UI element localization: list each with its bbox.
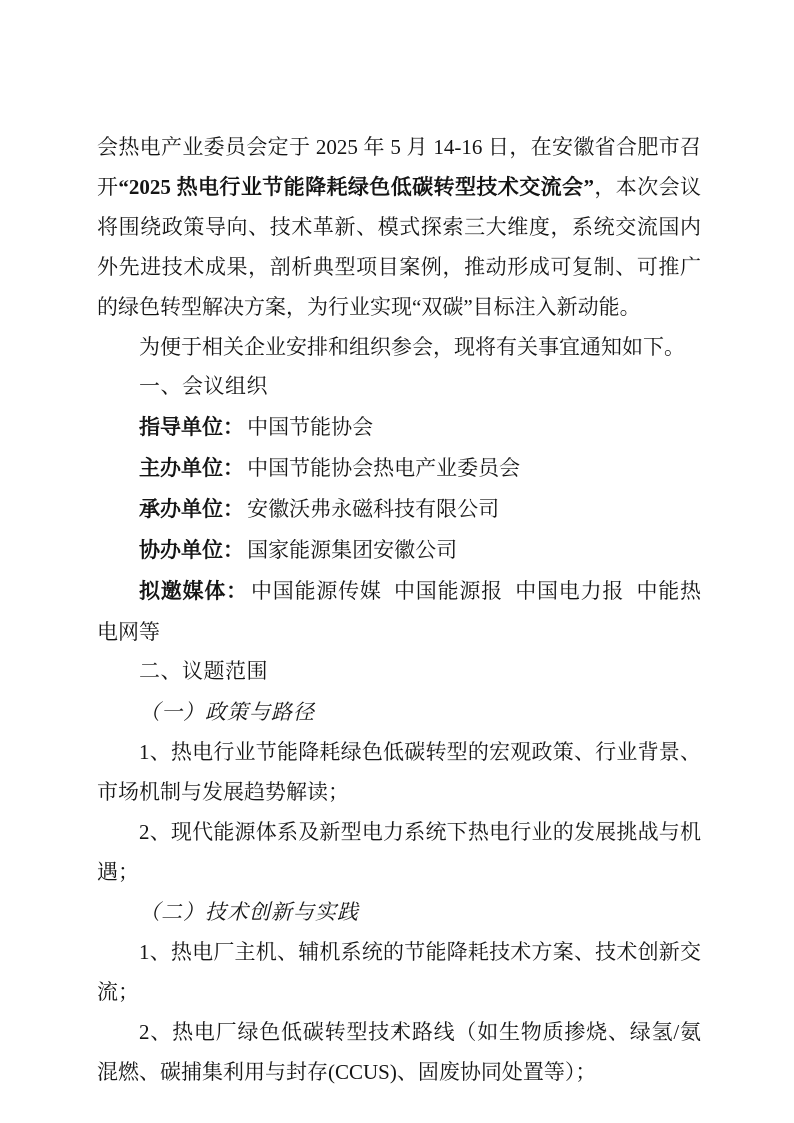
org-value-organizer: 安徽沃弗永磁科技有限公司 [244, 497, 499, 521]
notice-paragraph: 为便于相关企业安排和组织参会，现将有关事宜通知如下。 [97, 327, 701, 367]
document-content: 会热电产业委员会定于 2025 年 5 月 14-16 日，在安徽省合肥市召开“… [97, 127, 701, 1092]
conference-title: “2025 热电行业节能降耗绿色低碳转型技术交流会” [118, 175, 594, 199]
org-item-guidance: 指导单位：中国节能协会 [97, 407, 701, 448]
org-label-organizer: 承办单位： [139, 498, 244, 521]
subsection1-heading: （一）政策与路径 [97, 692, 701, 732]
topic-item-1-2: 2、现代能源体系及新型电力系统下热电行业的发展挑战与机遇； [97, 812, 701, 892]
org-item-media: 拟邀媒体：中国能源传媒 中国能源报 中国电力报 中能热电网等 [97, 571, 701, 652]
org-label-guidance: 指导单位： [139, 416, 244, 439]
intro-paragraph: 会热电产业委员会定于 2025 年 5 月 14-16 日，在安徽省合肥市召开“… [97, 127, 701, 327]
org-item-coorganizer: 协办单位：国家能源集团安徽公司 [97, 530, 701, 571]
org-item-host: 主办单位：中国节能协会热电产业委员会 [97, 448, 701, 489]
org-label-coorganizer: 协办单位： [139, 539, 244, 562]
org-label-host: 主办单位： [139, 457, 244, 480]
section1-heading: 一、会议组织 [97, 367, 701, 407]
section2-heading: 二、议题范围 [97, 652, 701, 692]
org-value-guidance: 中国节能协会 [244, 415, 373, 439]
page-number: 2 [0, 1020, 794, 1040]
org-label-media: 拟邀媒体： [139, 580, 248, 603]
org-item-organizer: 承办单位：安徽沃弗永磁科技有限公司 [97, 489, 701, 530]
subsection2-heading: （二）技术创新与实践 [97, 892, 701, 932]
document-page: 会热电产业委员会定于 2025 年 5 月 14-16 日，在安徽省合肥市召开“… [0, 0, 794, 1123]
org-value-coorganizer: 国家能源集团安徽公司 [244, 538, 457, 562]
org-value-host: 中国节能协会热电产业委员会 [244, 456, 520, 480]
topic-item-1-1: 1、热电行业节能降耗绿色低碳转型的宏观政策、行业背景、市场机制与发展趋势解读； [97, 732, 701, 812]
topic-item-2-1: 1、热电厂主机、辅机系统的节能降耗技术方案、技术创新交流； [97, 932, 701, 1012]
